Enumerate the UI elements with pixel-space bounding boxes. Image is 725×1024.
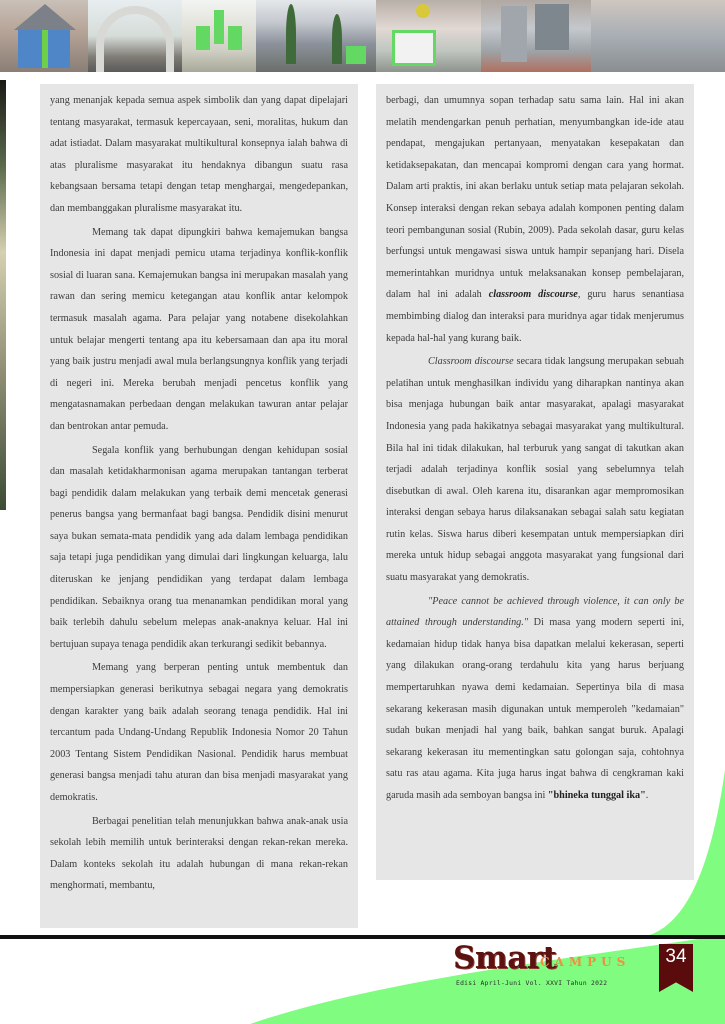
tree-shape bbox=[332, 14, 342, 64]
paragraph: Classroom discourse secara tidak langsun… bbox=[386, 351, 684, 589]
photo-green-facade-building bbox=[182, 0, 256, 72]
page-number: 34 bbox=[659, 946, 693, 968]
photo-blue-building bbox=[0, 0, 88, 72]
footer-divider bbox=[0, 935, 725, 939]
photo-grey-roof-building bbox=[256, 0, 376, 72]
arch-shape bbox=[96, 6, 174, 72]
paragraph: yang menanjak kepada semua aspek simboli… bbox=[50, 90, 348, 220]
tower-shape bbox=[501, 6, 527, 62]
green-window bbox=[228, 26, 242, 50]
photo-tall-grey-building bbox=[481, 0, 591, 72]
header-photo-banner bbox=[0, 0, 725, 72]
tower-shape bbox=[535, 4, 569, 50]
magazine-brand: Smart CAMPUS Edisi April-Juni Vol. XXVI … bbox=[453, 940, 703, 1010]
photo-arch-gate bbox=[88, 0, 182, 72]
tree-shape bbox=[286, 4, 296, 64]
building-wall bbox=[392, 30, 436, 66]
emphasis-classroom-discourse: classroom discourse bbox=[489, 289, 578, 300]
paragraph: Berbagai penelitian telah menunjukkan ba… bbox=[50, 811, 348, 897]
photo-extra bbox=[591, 0, 725, 72]
paragraph: "Peace cannot be achieved through violen… bbox=[386, 591, 684, 807]
page-number-badge-icon: 34 bbox=[659, 944, 693, 992]
motto-bhineka: "bhineka tunggal ika" bbox=[548, 790, 646, 801]
paragraph: Segala konflik yang berhubungan dengan k… bbox=[50, 440, 348, 656]
paragraph: Memang yang berperan penting untuk membe… bbox=[50, 657, 348, 808]
green-window bbox=[196, 26, 210, 50]
article-column-left: yang menanjak kepada semua aspek simboli… bbox=[40, 84, 358, 928]
edition-info: Edisi April-Juni Vol. XXVI Tahun 2022 bbox=[456, 980, 607, 987]
paragraph: Memang tak dapat dipungkiri bahwa kemaje… bbox=[50, 222, 348, 438]
dome-shape bbox=[416, 4, 430, 18]
green-window bbox=[214, 10, 224, 44]
paragraph: berbagi, dan umumnya sopan terhadap satu… bbox=[386, 90, 684, 349]
brand-campus: CAMPUS bbox=[540, 955, 630, 969]
photo-green-white-building bbox=[376, 0, 481, 72]
building-wall bbox=[18, 30, 70, 68]
side-photo-strip bbox=[0, 80, 6, 510]
article-column-right: berbagi, dan umumnya sopan terhadap satu… bbox=[376, 84, 694, 880]
roof-shape bbox=[14, 4, 76, 30]
green-window bbox=[346, 46, 366, 64]
emphasis-classroom-discourse: Classroom discourse bbox=[428, 356, 514, 367]
